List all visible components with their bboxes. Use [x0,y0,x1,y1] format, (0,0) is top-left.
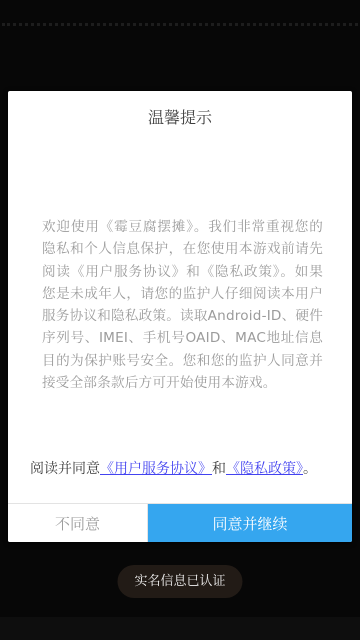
disagree-button[interactable]: 不同意 [8,504,148,542]
system-navigation-strip [0,617,360,640]
privacy-policy-link[interactable]: 《隐私政策》 [226,461,303,477]
user-agreement-link[interactable]: 《用户服务协议》 [100,461,212,477]
agreement-conjunction: 和 [212,461,226,477]
agree-continue-button[interactable]: 同意并继续 [148,504,352,542]
background-dotted-line [2,23,358,26]
privacy-consent-dialog: 温馨提示 欢迎使用《霉豆腐摆摊》。我们非常重视您的隐私和个人信息保护，在您使用本… [8,91,352,542]
realname-verified-toast: 实名信息已认证 [117,565,242,598]
agreement-suffix: 。 [303,461,317,477]
dialog-title: 温馨提示 [8,107,352,129]
agreement-prefix: 阅读并同意 [30,461,100,477]
dialog-button-row: 不同意 同意并继续 [8,503,352,542]
privacy-notice-text: 欢迎使用《霉豆腐摆摊》。我们非常重视您的隐私和个人信息保护，在您使用本游戏前请先… [42,216,323,394]
agreement-line: 阅读并同意《用户服务协议》和《隐私政策》。 [30,459,342,479]
